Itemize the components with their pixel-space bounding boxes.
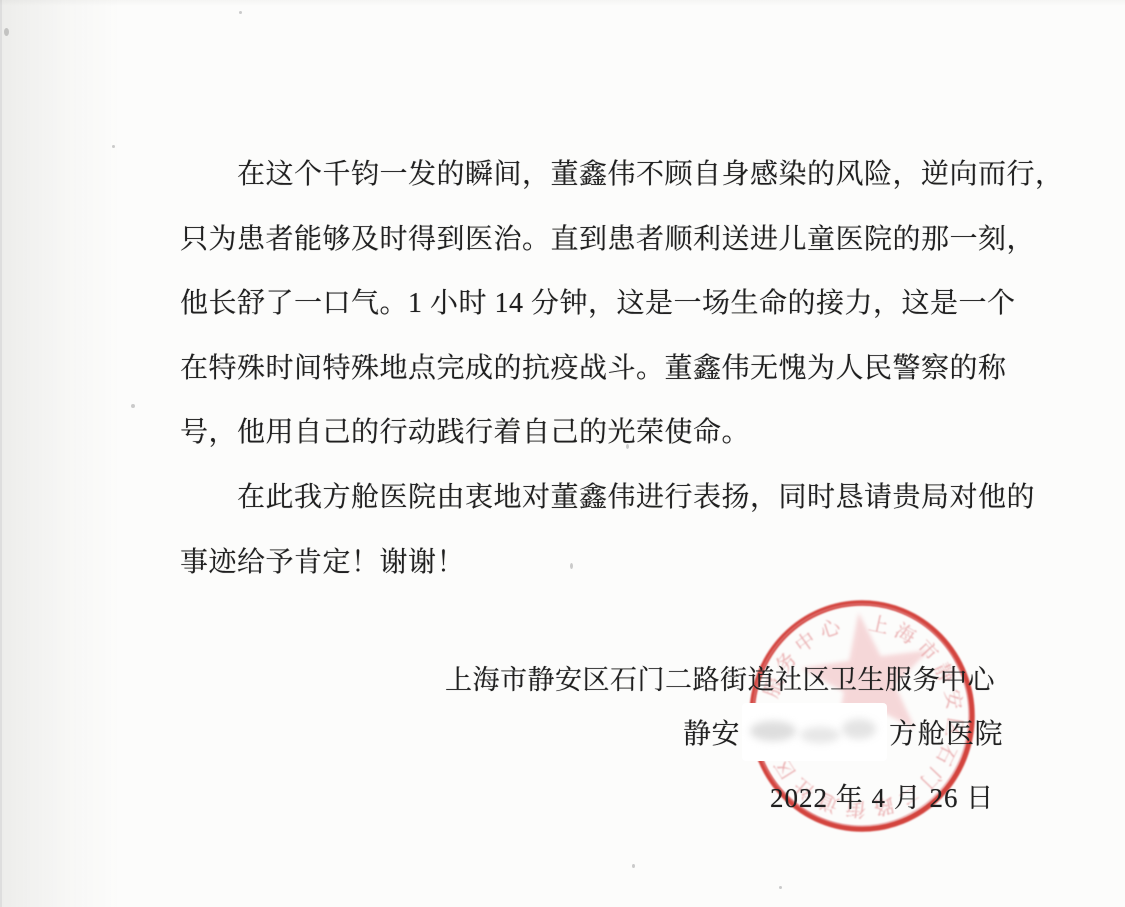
signature-org-line1: 上海市静安区石门二路街道社区卫生服务中心 bbox=[445, 658, 995, 697]
body-line: 在这个千钧一发的瞬间，董鑫伟不顾自身感染的风险，逆向而行， bbox=[180, 143, 1060, 208]
signature-org-line2-suffix: 方舱医院 bbox=[889, 712, 1003, 752]
scan-noise-speck bbox=[112, 145, 115, 148]
body-line: 号，他用自己的行动践行着自己的光荣使命。 bbox=[180, 401, 1060, 466]
body-line: 他长舒了一口气。1 小时 14 分钟，这是一场生命的接力，这是一个 bbox=[180, 272, 1060, 337]
signature-org-line2: 静安 方舱医院 bbox=[683, 701, 1003, 763]
body-line: 在特殊时间特殊地点完成的抗疫战斗。董鑫伟无愧为人民警察的称 bbox=[180, 337, 1060, 402]
body-line: 事迹给予肯定！谢谢！ bbox=[180, 531, 1060, 596]
scan-noise-speck bbox=[632, 864, 635, 868]
letter-body: 在这个千钧一发的瞬间，董鑫伟不顾自身感染的风险，逆向而行， 只为患者能够及时得到… bbox=[180, 143, 1060, 595]
scanned-letter-page: 上海市静安区石门二路街道社区卫生服务中心 在这个千钧一发的瞬间，董鑫伟不顾自身感… bbox=[0, 0, 1125, 907]
signature-date: 2022 年 4 月 26 日 bbox=[770, 776, 994, 815]
body-line: 只为患者能够及时得到医治。直到患者顺利送进儿童医院的那一刻， bbox=[180, 208, 1060, 273]
redaction-blur bbox=[742, 703, 887, 761]
redaction-smudge bbox=[750, 721, 796, 741]
scan-left-edge-shading bbox=[0, 0, 120, 907]
redaction-smudge bbox=[842, 719, 876, 739]
scan-noise-speck bbox=[779, 886, 782, 889]
scan-noise-speck bbox=[4, 28, 9, 36]
redaction-smudge bbox=[800, 727, 840, 743]
scan-noise-speck bbox=[239, 11, 242, 14]
scan-top-edge-shading bbox=[0, 0, 1125, 6]
signature-org-line2-prefix: 静安 bbox=[683, 712, 740, 752]
scan-noise-speck bbox=[131, 404, 135, 408]
body-line: 在此我方舱医院由衷地对董鑫伟进行表扬，同时恳请贵局对他的 bbox=[180, 466, 1060, 531]
